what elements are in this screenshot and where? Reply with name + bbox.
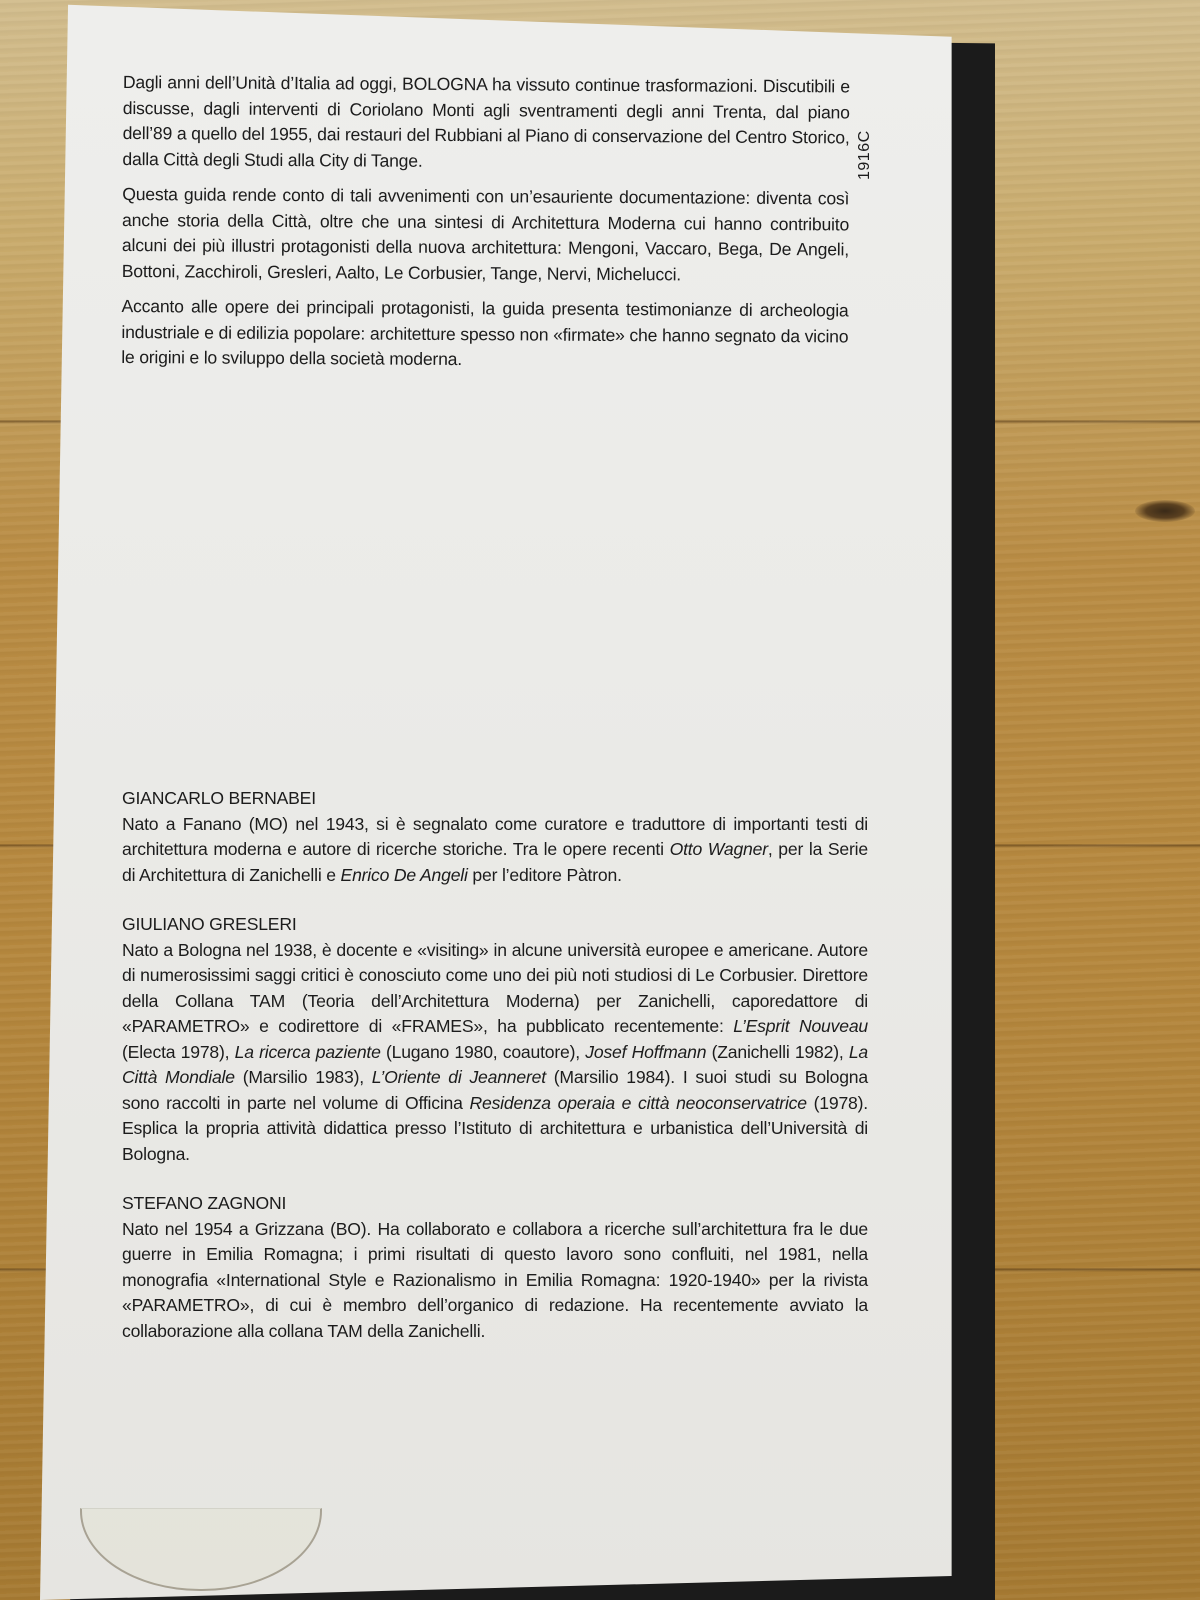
bio-text-run: (Lugano 1980, coautore), <box>381 1042 586 1062</box>
author-name: GIULIANO GRESLERI <box>122 912 868 938</box>
bio-text-run: per l’editore Pàtron. <box>468 865 622 885</box>
wood-knot <box>1135 500 1195 522</box>
blurb-paragraph-1: Dagli anni dell’Unità d’Italia ad oggi, … <box>122 70 850 176</box>
bio-text-run: (Electa 1978), <box>122 1042 235 1062</box>
author-bio-text: Nato a Bologna nel 1938, è docente e «vi… <box>122 938 868 1168</box>
author-bios: GIANCARLO BERNABEI Nato a Fanano (MO) ne… <box>122 786 868 1368</box>
bio-text-run: (Marsilio 1983), <box>235 1067 372 1087</box>
book-title: Enrico De Angeli <box>341 865 468 885</box>
author-bio-text: Nato a Fanano (MO) nel 1943, si è segnal… <box>122 812 868 889</box>
book-title: Josef Hoffmann <box>585 1042 706 1062</box>
book-title: Otto Wagner <box>670 839 768 859</box>
book-title: L’Oriente di Jeanneret <box>372 1067 546 1087</box>
author-bio: GIULIANO GRESLERI Nato a Bologna nel 193… <box>122 912 868 1167</box>
bio-text-run: Nato nel 1954 a Grizzana (BO). Ha collab… <box>122 1219 868 1341</box>
author-bio: STEFANO ZAGNONI Nato nel 1954 a Grizzana… <box>122 1191 868 1344</box>
book-title: Residenza operaia e città neoconservatri… <box>470 1093 807 1113</box>
blurb-paragraph-2: Questa guida rende conto di tali avvenim… <box>122 182 850 288</box>
author-bio: GIANCARLO BERNABEI Nato a Fanano (MO) ne… <box>122 786 868 888</box>
catalog-code: 1916C <box>856 130 874 180</box>
author-bio-text: Nato nel 1954 a Grizzana (BO). Ha collab… <box>122 1217 868 1345</box>
book-title: L’Esprit Nouveau <box>733 1016 868 1036</box>
author-name: GIANCARLO BERNABEI <box>122 786 868 812</box>
bio-text-run: (Zanichelli 1982), <box>706 1042 849 1062</box>
blurb: Dagli anni dell’Unità d’Italia ad oggi, … <box>121 70 850 385</box>
author-name: STEFANO ZAGNONI <box>122 1191 868 1217</box>
book-title: La ricerca paziente <box>235 1042 381 1062</box>
blurb-paragraph-3: Accanto alle opere dei principali protag… <box>121 294 848 375</box>
